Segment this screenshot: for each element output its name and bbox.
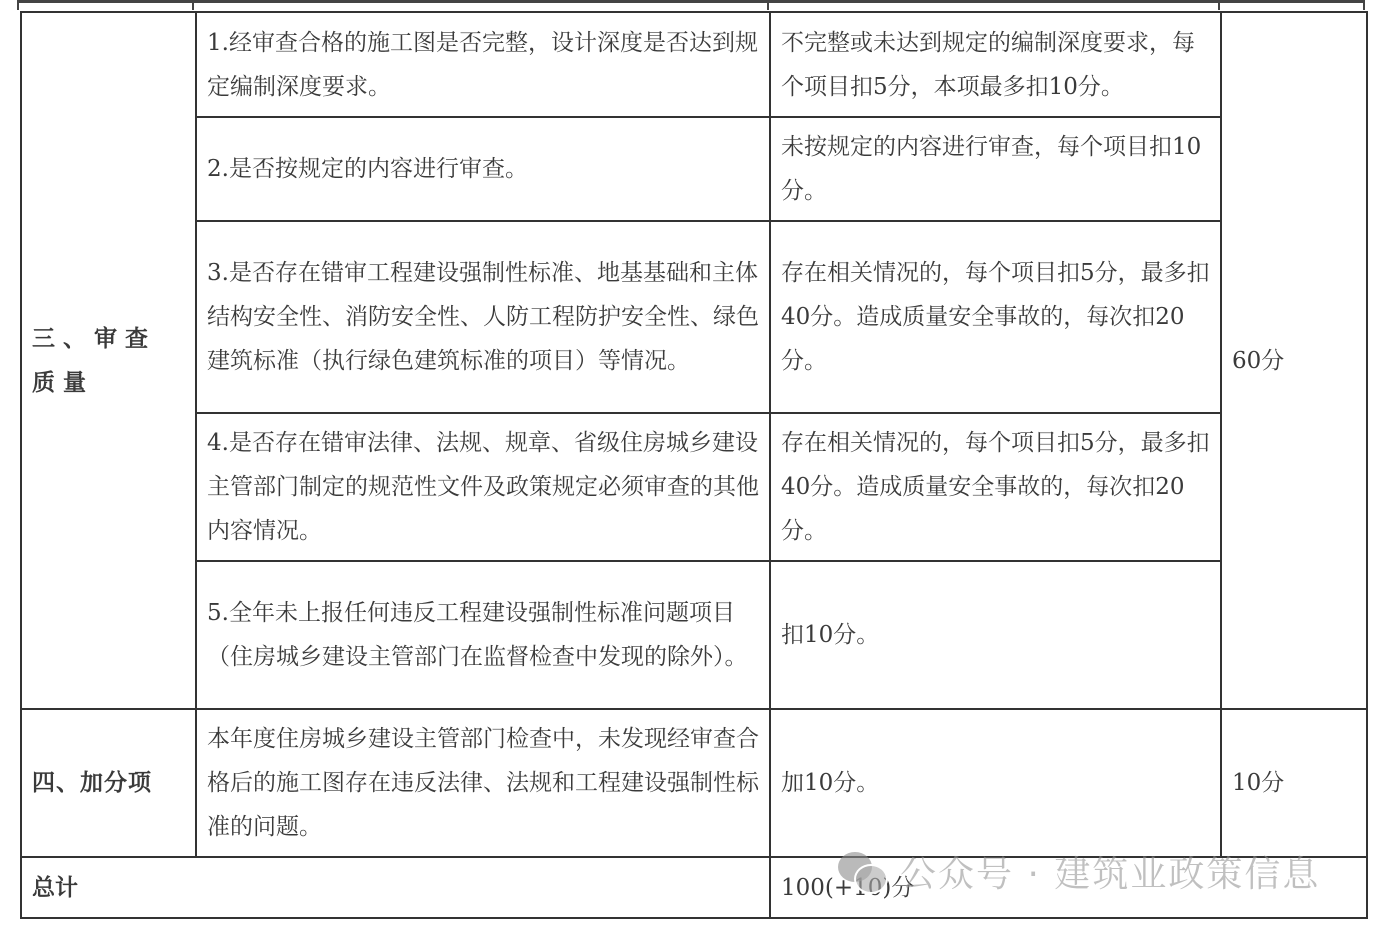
table-border bbox=[17, 0, 1365, 3]
item-cell: 本年度住房城乡建设主管部门检查中，未发现经审查合格后的施工图存在违反法律、法规和… bbox=[196, 709, 770, 857]
item-cell: 3.是否存在错审工程建设强制性标准、地基基础和主体结构安全性、消防安全性、人防工… bbox=[196, 221, 770, 413]
section-label: 四、加分项 bbox=[21, 709, 196, 857]
item-cell: 5.全年未上报任何违反工程建设强制性标准问题项目（住房城乡建设主管部门在监督检查… bbox=[196, 561, 770, 709]
max-score-cell: 10分 bbox=[1221, 709, 1367, 857]
table-row: 三、审查质量 1.经审查合格的施工图是否完整，设计深度是否达到规定编制深度要求。… bbox=[21, 12, 1367, 117]
column-divider bbox=[1363, 0, 1365, 10]
column-divider bbox=[1218, 0, 1220, 10]
table-row: 4.是否存在错审法律、法规、规章、省级住房城乡建设主管部门制定的规范性文件及政策… bbox=[21, 413, 1367, 561]
scoring-table: 三、审查质量 1.经审查合格的施工图是否完整，设计深度是否达到规定编制深度要求。… bbox=[20, 11, 1368, 919]
table-row: 3.是否存在错审工程建设强制性标准、地基基础和主体结构安全性、消防安全性、人防工… bbox=[21, 221, 1367, 413]
total-row: 总计 100(+10)分 bbox=[21, 857, 1367, 918]
table-row: 四、加分项 本年度住房城乡建设主管部门检查中，未发现经审查合格后的施工图存在违反… bbox=[21, 709, 1367, 857]
criteria-cell: 扣10分。 bbox=[770, 561, 1221, 709]
item-cell: 2.是否按规定的内容进行审查。 bbox=[196, 117, 770, 221]
previous-table-edge bbox=[17, 0, 1363, 10]
total-value: 100(+10)分 bbox=[770, 857, 1367, 918]
column-divider bbox=[17, 0, 19, 10]
table-row: 2.是否按规定的内容进行审查。 未按规定的内容进行审查，每个项目扣10分。 bbox=[21, 117, 1367, 221]
total-label: 总计 bbox=[21, 857, 770, 918]
item-cell: 4.是否存在错审法律、法规、规章、省级住房城乡建设主管部门制定的规范性文件及政策… bbox=[196, 413, 770, 561]
section-label: 三、审查质量 bbox=[21, 12, 196, 709]
criteria-cell: 加10分。 bbox=[770, 709, 1221, 857]
column-divider bbox=[192, 0, 194, 10]
criteria-cell: 不完整或未达到规定的编制深度要求，每个项目扣5分，本项最多扣10分。 bbox=[770, 12, 1221, 117]
criteria-cell: 未按规定的内容进行审查，每个项目扣10分。 bbox=[770, 117, 1221, 221]
criteria-cell: 存在相关情况的，每个项目扣5分，最多扣40分。造成质量安全事故的，每次扣20分。 bbox=[770, 221, 1221, 413]
criteria-cell: 存在相关情况的，每个项目扣5分，最多扣40分。造成质量安全事故的，每次扣20分。 bbox=[770, 413, 1221, 561]
item-cell: 1.经审查合格的施工图是否完整，设计深度是否达到规定编制深度要求。 bbox=[196, 12, 770, 117]
max-score-cell: 60分 bbox=[1221, 12, 1367, 709]
table-row: 5.全年未上报任何违反工程建设强制性标准问题项目（住房城乡建设主管部门在监督检查… bbox=[21, 561, 1367, 709]
column-divider bbox=[767, 0, 769, 10]
